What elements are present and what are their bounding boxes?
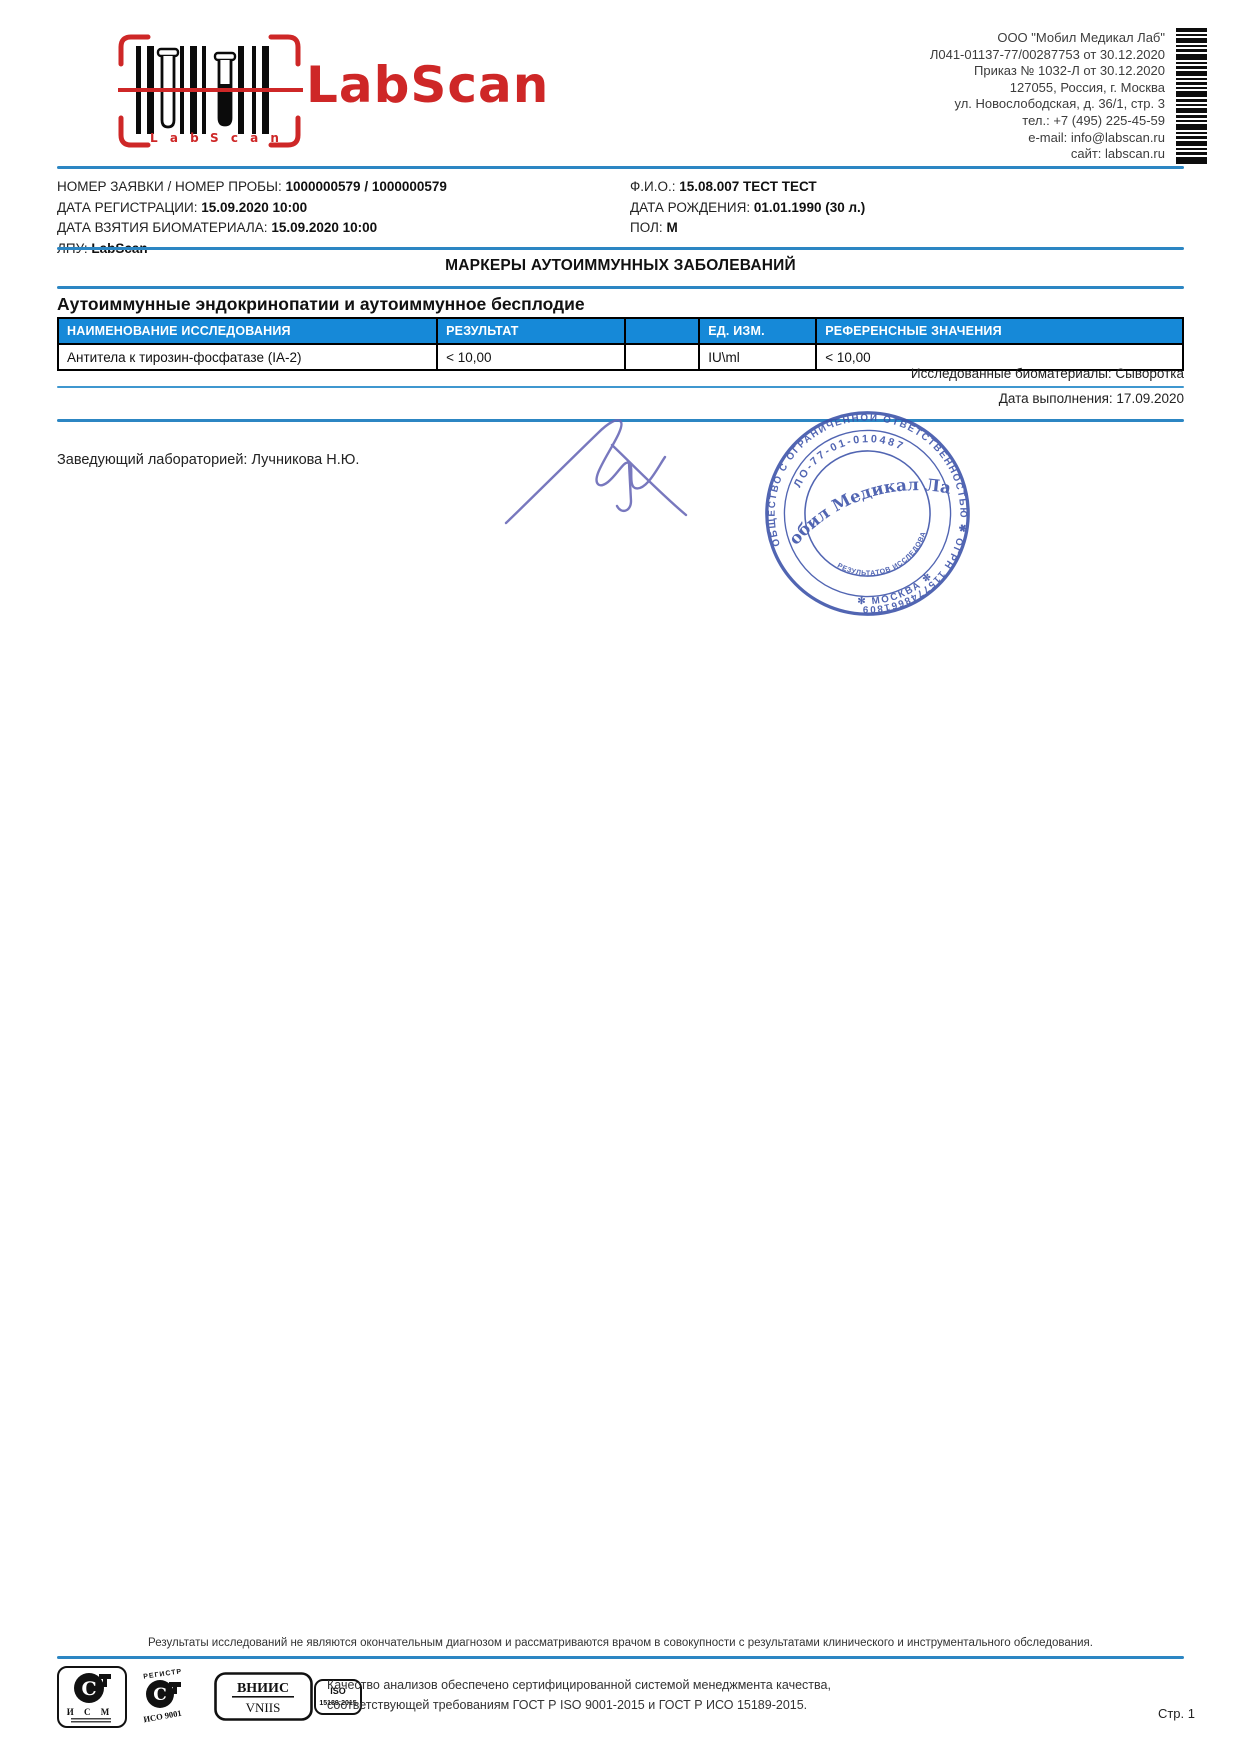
- patient-info-right: Ф.И.О.: 15.08.007 ТЕСТ ТЕСТ ДАТА РОЖДЕНИ…: [630, 177, 865, 239]
- col-header-units: ЕД. ИЗМ.: [699, 318, 816, 344]
- cert-rst-iso9001-badge: РЕГИСТР С ИСО 9001: [130, 1666, 196, 1724]
- report-title: МАРКЕРЫ АУТОИММУННЫХ ЗАБОЛЕВАНИЙ: [57, 257, 1184, 275]
- rst-ism-icon: С И С М: [59, 1668, 125, 1726]
- footer-disclaimer: Результаты исследований не являются окон…: [57, 1637, 1184, 1649]
- ism-letters: И С М: [67, 1707, 114, 1717]
- request-number-value: 1000000579 / 1000000579: [285, 179, 446, 194]
- col-header-empty: [625, 318, 699, 344]
- col-header-reference: РЕФЕРЕНСНЫЕ ЗНАЧЕНИЯ: [816, 318, 1183, 344]
- vertical-barcode: [1176, 28, 1207, 171]
- results-table-wrap: НАИМЕНОВАНИЕ ИССЛЕДОВАНИЯ РЕЗУЛЬТАТ ЕД. …: [57, 317, 1184, 371]
- birthdate-label: ДАТА РОЖДЕНИЯ:: [630, 200, 750, 215]
- quality-line-1: Качество анализов обеспечено сертифициро…: [327, 1675, 831, 1695]
- registration-date-line: ДАТА РЕГИСТРАЦИИ: 15.09.2020 10:00: [57, 198, 447, 219]
- sampling-date-value: 15.09.2020 10:00: [271, 220, 377, 235]
- rst-iso9001-icon: РЕГИСТР С ИСО 9001: [130, 1666, 196, 1724]
- company-stamp: ОБЩЕСТВО С ОГРАНИЧЕННОЙ ОТВЕТСТВЕННОСТЬЮ…: [760, 406, 975, 626]
- sampling-date-line: ДАТА ВЗЯТИЯ БИОМАТЕРИАЛА: 15.09.2020 10:…: [57, 218, 447, 239]
- company-city: 127055, Россия, г. Москва: [930, 80, 1165, 97]
- company-license: Л041-01137-77/00287753 от 30.12.2020: [930, 47, 1165, 64]
- cert-rst-ism-badge: С И С М: [57, 1666, 127, 1728]
- registr-label: РЕГИСТР: [143, 1668, 183, 1680]
- signature-stroke-icon: [500, 405, 700, 530]
- svg-text:С: С: [153, 1685, 167, 1705]
- company-name: ООО "Мобил Медикал Лаб": [930, 30, 1165, 47]
- col-header-test-name: НАИМЕНОВАНИЕ ИССЛЕДОВАНИЯ: [58, 318, 437, 344]
- birthdate-line: ДАТА РОЖДЕНИЯ: 01.01.1990 (30 л.): [630, 198, 865, 219]
- registration-date-label: ДАТА РЕГИСТРАЦИИ:: [57, 200, 197, 215]
- barcode-testtube-icon: L a b S c a n: [118, 32, 303, 150]
- vniis-ru-label: ВНИИС: [237, 1681, 289, 1696]
- logo-small-label-right: S c a n: [210, 131, 283, 145]
- divider-line: [57, 1656, 1184, 1659]
- section-heading: Аутоиммунные эндокринопатии и аутоиммунн…: [57, 294, 585, 315]
- divider-line: [57, 286, 1184, 289]
- fio-line: Ф.И.О.: 15.08.007 ТЕСТ ТЕСТ: [630, 177, 865, 198]
- sampling-date-label: ДАТА ВЗЯТИЯ БИОМАТЕРИАЛА:: [57, 220, 268, 235]
- divider-line: [57, 166, 1184, 169]
- fio-value: 15.08.007 ТЕСТ ТЕСТ: [679, 179, 816, 194]
- divider-line: [57, 247, 1184, 250]
- labscan-logo-mark: L a b S c a n: [118, 32, 303, 150]
- company-phone: тел.: +7 (495) 225-45-59: [930, 113, 1165, 130]
- scan-line: [118, 88, 303, 92]
- birthdate-value: 01.01.1990 (30 л.): [754, 200, 865, 215]
- lab-head-signer: Заведующий лабораторией: Лучникова Н.Ю.: [57, 452, 359, 468]
- request-number-label: НОМЕР ЗАЯВКИ / НОМЕР ПРОБЫ:: [57, 179, 282, 194]
- iso9001-label: ИСО 9001: [143, 1708, 183, 1724]
- execution-date: Дата выполнения: 17.09.2020: [57, 391, 1184, 406]
- company-street: ул. Новослободская, д. 36/1, стр. 3: [930, 96, 1165, 113]
- fio-label: Ф.И.О.:: [630, 179, 675, 194]
- logo-small-label-left: L a b: [150, 131, 203, 145]
- logo-wordmark: LabScan: [306, 56, 549, 114]
- quality-line-2: соответствующей требованиям ГОСТ Р ISO 9…: [327, 1695, 831, 1715]
- svg-text:С: С: [81, 1678, 96, 1700]
- sex-value: М: [666, 220, 677, 235]
- quality-statement: Качество анализов обеспечено сертифициро…: [327, 1675, 831, 1715]
- results-table: НАИМЕНОВАНИЕ ИССЛЕДОВАНИЯ РЕЗУЛЬТАТ ЕД. …: [57, 317, 1184, 371]
- signature: [500, 405, 700, 535]
- company-order: Приказ № 1032-Л от 30.12.2020: [930, 63, 1165, 80]
- col-header-result: РЕЗУЛЬТАТ: [437, 318, 625, 344]
- biomaterials-note: Исследованные биоматериалы: Сыворотка: [57, 366, 1184, 381]
- table-header-row: НАИМЕНОВАНИЕ ИССЛЕДОВАНИЯ РЕЗУЛЬТАТ ЕД. …: [58, 318, 1183, 344]
- sex-line: ПОЛ: М: [630, 218, 865, 239]
- sex-label: ПОЛ:: [630, 220, 663, 235]
- page-number: Стр. 1: [1158, 1706, 1195, 1721]
- divider-line-thin: [57, 386, 1184, 388]
- request-number-line: НОМЕР ЗАЯВКИ / НОМЕР ПРОБЫ: 1000000579 /…: [57, 177, 447, 198]
- vniis-en-label: VNIIS: [246, 1700, 281, 1715]
- registration-date-value: 15.09.2020 10:00: [201, 200, 307, 215]
- company-site: сайт: labscan.ru: [930, 146, 1165, 163]
- company-info-block: ООО "Мобил Медикал Лаб" Л041-01137-77/00…: [930, 30, 1165, 163]
- company-email: e-mail: info@labscan.ru: [930, 130, 1165, 147]
- lab-report-page: L a b S c a n LabScan ООО "Мобил Медикал…: [0, 0, 1241, 1755]
- round-stamp-icon: ОБЩЕСТВО С ОГРАНИЧЕННОЙ ОТВЕТСТВЕННОСТЬЮ…: [760, 406, 975, 621]
